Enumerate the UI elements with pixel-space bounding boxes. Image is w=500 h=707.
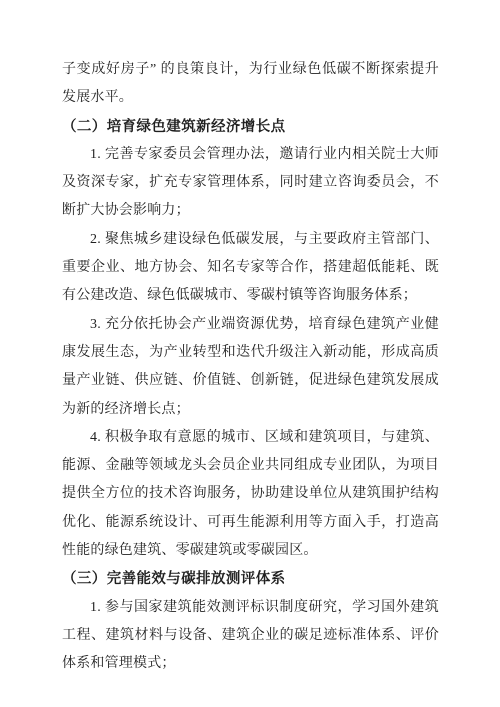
paragraph-item-4: 4. 积极争取有意愿的城市、区域和建筑项目，与建筑、能源、金融等领域龙头会员企业…: [62, 424, 439, 565]
section-heading-2: （二）培育绿色建筑新经济增长点: [62, 113, 439, 141]
section-heading-3: （三）完善能效与碳排放测评体系: [62, 565, 439, 593]
document-page: 子变成好房子” 的良策良计，为行业绿色低碳不断探索提升发展水平。 （二）培育绿色…: [0, 0, 500, 707]
paragraph-item-2: 2. 聚焦城乡建设绿色低碳发展，与主要政府主管部门、重要企业、地方协会、知名专家…: [62, 226, 439, 311]
paragraph-item-5: 1. 参与国家建筑能效测评标识制度研究，学习国外建筑工程、建筑材料与设备、建筑企…: [62, 594, 439, 679]
paragraph-item-3: 3. 充分依托协会产业端资源优势，培育绿色建筑产业健康发展生态，为产业转型和迭代…: [62, 311, 439, 424]
paragraph-item-1: 1. 完善专家委员会管理办法，邀请行业内相关院士大师及资深专家，扩充专家管理体系…: [62, 141, 439, 226]
paragraph-continuation: 子变成好房子” 的良策良计，为行业绿色低碳不断探索提升发展水平。: [62, 56, 439, 113]
